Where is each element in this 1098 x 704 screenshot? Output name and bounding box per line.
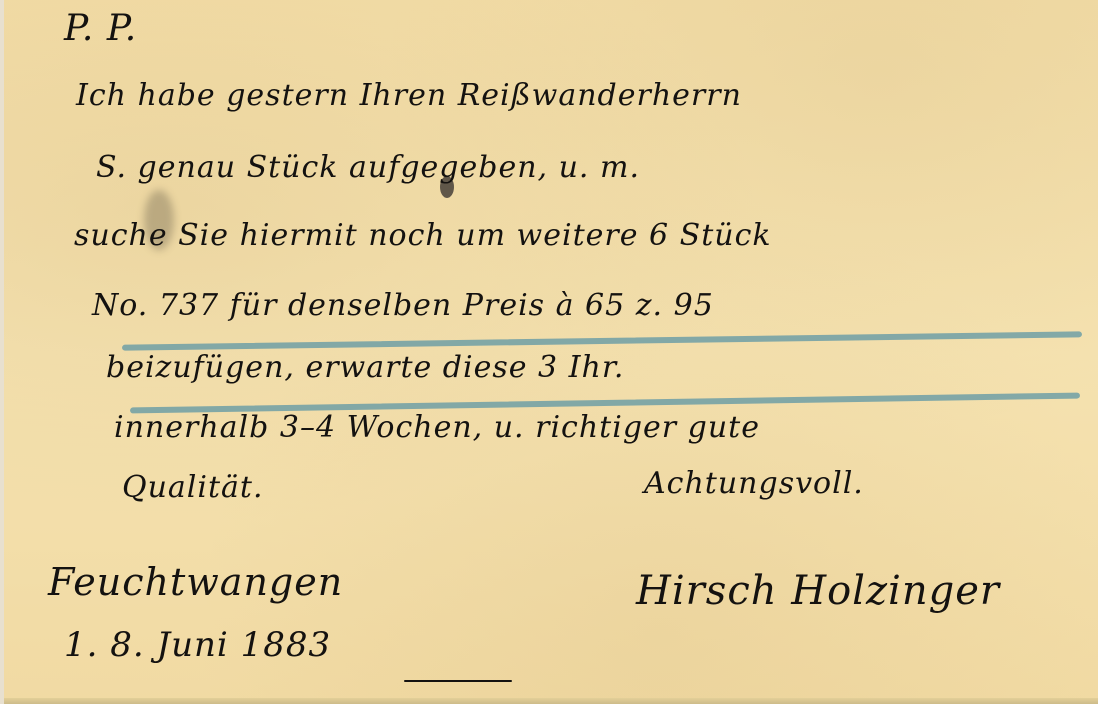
body-line: Ich habe gestern Ihren Reißwanderherrn [76, 78, 742, 113]
salutation: P. P. [64, 8, 137, 49]
body-line: No. 737 für denselben Preis à 65 z. 95 [92, 288, 714, 323]
body-line: innerhalb 3–4 Wochen, u. richtiger gute [114, 410, 760, 445]
postcard: P. P. Ich habe gestern Ihren Reißwanderh… [0, 0, 1098, 704]
card-edge [4, 698, 1098, 704]
place-name: Feuchtwangen [48, 560, 343, 604]
body-line: beizufügen, erwarte diese 3 Ihr. [106, 350, 624, 385]
body-line: S. genau Stück aufgegeben, u. m. [96, 150, 640, 185]
blue-pencil-underline [122, 331, 1082, 350]
date: 1. 8. Juni 1883 [64, 625, 331, 665]
year-underline [404, 680, 512, 682]
signature: Hirsch Holzinger [636, 568, 1000, 614]
closing: Achtungsvoll. [644, 466, 864, 501]
body-line: Qualität. [122, 470, 264, 505]
body-line: suche Sie hiermit noch um weitere 6 Stüc… [74, 218, 772, 253]
